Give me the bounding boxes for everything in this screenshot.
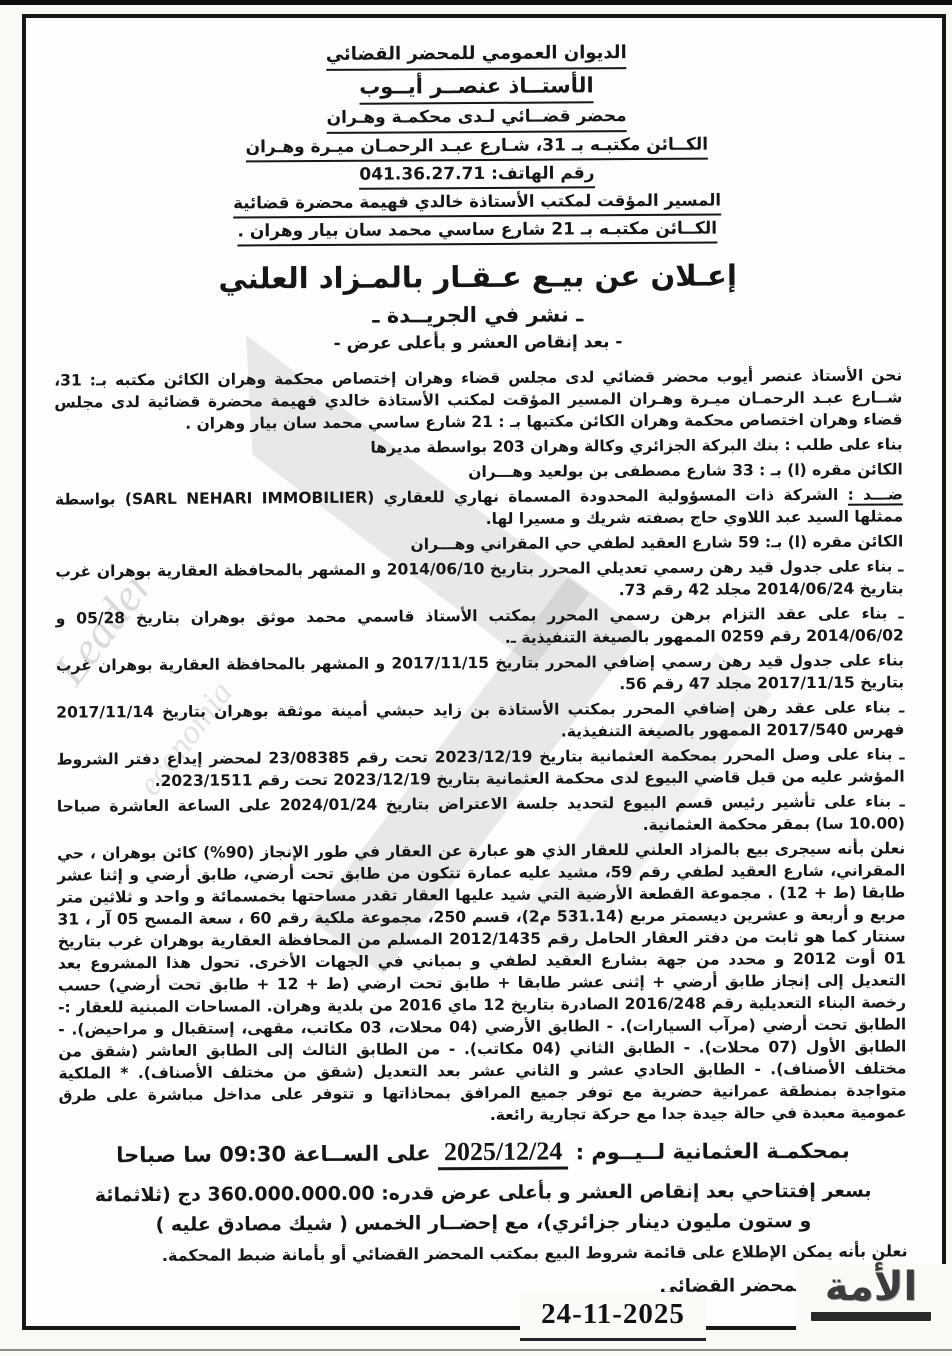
request-line: بناء على طلب : بنك البركة الجزائري وكالة…	[55, 433, 903, 460]
against-paragraph: ضـــد : الشركة ذات المسؤولية المحدودة ال…	[55, 483, 903, 532]
document-content: الديوان العمومي للمحضر القضائي الأستــاذ…	[22, 15, 938, 1321]
ground-item: بناء على جدول قيد رهن رسمي إضافي المحرر …	[56, 649, 904, 698]
auction-session-line: بمحكمـة العثمانية لــيــوم : 2025/12/24 …	[59, 1129, 907, 1173]
ground-item: ـ بناء على عقد رهن إضافي المحرر بمكتب ال…	[56, 696, 904, 745]
opening-price-line: بسعر إفتتاحي بعد إنقاص العشر و بأعلى عرض…	[59, 1176, 907, 1240]
against-text: الشركة ذات المسؤولية المحدودة المسماة نه…	[55, 486, 903, 528]
intro-paragraph: نحن الأستاذ عنصر أيوب محضر قضائي لدى مجل…	[54, 364, 902, 435]
newspaper-logo: الأمة	[796, 1264, 946, 1340]
ground-item: ـ بناء على عقد التزام برهن رسمي المحرر ب…	[56, 602, 904, 651]
announcement-subtitle-2: - بعد إنقاص العشر و بأعلى عرض -	[54, 330, 902, 355]
defendant-address: الكائن مقره (ا) بـ: 59 شارع العقيد لطفي …	[55, 530, 903, 557]
auction-time: على الســاعة 09:30 سا صباحا	[116, 1141, 431, 1167]
temp-office-address: الكــائن مكتبـه بـ 21 شارع ساسي محمد سان…	[53, 214, 901, 248]
auction-date: 2025/12/24	[438, 1137, 569, 1171]
phone-label: رقم الهاتف:	[491, 163, 595, 184]
closing-line: نعلن بأنه يمكن الإطلاع على قائمة شروط ال…	[60, 1241, 908, 1265]
requester-address: الكائن مقره (ا) بـ : 33 شارع مصطفى بن بو…	[55, 458, 903, 485]
scanner-top-bar	[0, 0, 952, 5]
ground-item: ـ بناء على جدول قيد رهن رسمي تعديلي المح…	[55, 555, 903, 604]
publication-date: 24-11-2025	[520, 1292, 706, 1341]
against-label: ضـــد :	[848, 485, 903, 505]
scanner-bottom-line	[0, 1349, 952, 1351]
property-description: نعلن بأنه سيجرى بيع بالمزاد العلني للعقا…	[57, 837, 907, 1128]
bailiff-name: الأستــاذ عنصــر أيــوب	[52, 67, 900, 107]
announcement-title-block: إعـلان عن بيـع عـقـار بالمـزاد العلني ـ …	[54, 257, 903, 356]
ground-item: ـ بناء على وصل المحرر بمحكمة العثمانية ب…	[56, 743, 904, 792]
newspaper-logo-tagline-bar	[811, 1312, 931, 1321]
ground-item: ـ بناء على تأشير رئيس قسم البيوع لتحديد …	[57, 790, 905, 839]
auction-court-prefix: بمحكمـة العثمانية لــيــوم :	[576, 1139, 850, 1165]
newspaper-logo-text: الأمة	[796, 1264, 946, 1310]
signature-title: المحضر القضائي	[60, 1274, 908, 1300]
announcement-title: إعـلان عن بيـع عـقـار بالمـزاد العلني	[54, 257, 902, 300]
phone-number: 041.36.27.71	[359, 164, 485, 185]
announcement-subtitle-1: ـ نشر في الجريــدة ـ	[54, 300, 902, 329]
letterhead: الديوان العمومي للمحضر القضائي الأستــاذ…	[52, 37, 901, 248]
announcement-body: نحن الأستاذ عنصر أيوب محضر قضائي لدى مجل…	[54, 364, 907, 1128]
